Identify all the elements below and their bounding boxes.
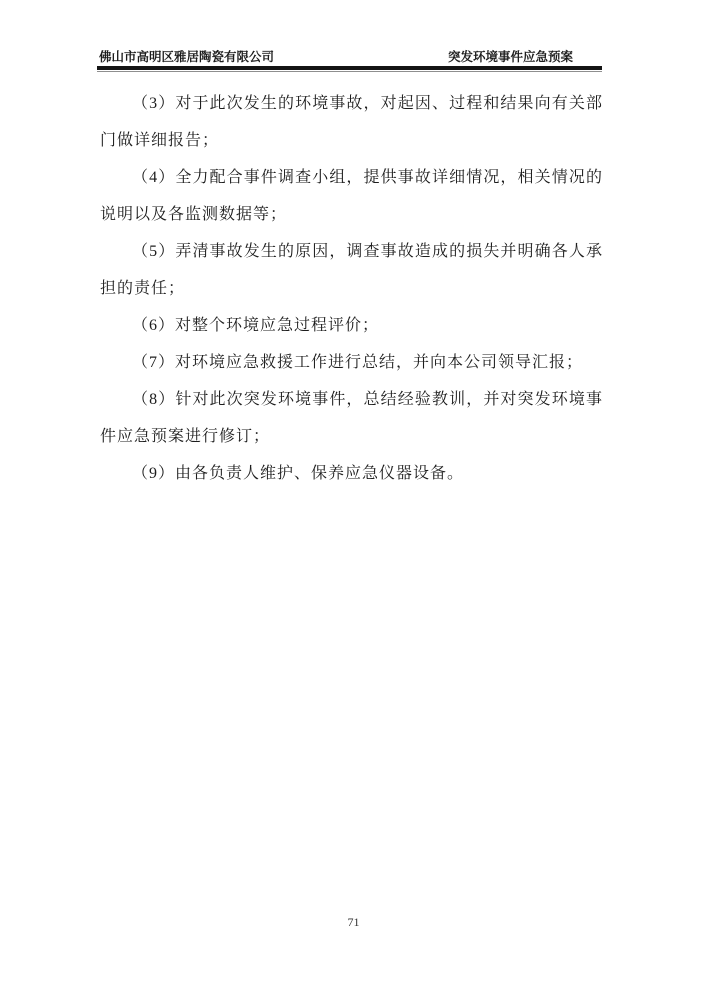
paragraph-item-6: （6）对整个环境应急过程评价； xyxy=(100,307,603,344)
paragraph-item-8: （8）针对此次突发环境事件，总结经验教训，并对突发环境事件应急预案进行修订； xyxy=(100,381,603,455)
document-page: 佛山市高明区雅居陶瓷有限公司 突发环境事件应急预案 （3）对于此次发生的环境事故… xyxy=(0,0,707,1000)
header-company-name: 佛山市高明区雅居陶瓷有限公司 xyxy=(99,47,274,65)
document-body: （3）对于此次发生的环境事故，对起因、过程和结果向有关部门做详细报告； （4）全… xyxy=(100,85,603,492)
header-divider xyxy=(97,66,602,72)
header-divider-thick-line xyxy=(97,66,602,70)
paragraph-item-9: （9）由各负责人维护、保养应急仪器设备。 xyxy=(100,455,603,492)
paragraph-item-3: （3）对于此次发生的环境事故，对起因、过程和结果向有关部门做详细报告； xyxy=(100,85,603,159)
header-divider-thin-line xyxy=(97,71,602,72)
paragraph-item-5: （5）弄清事故发生的原因，调查事故造成的损失并明确各人承担的责任； xyxy=(100,233,603,307)
header-document-title: 突发环境事件应急预案 xyxy=(448,47,602,65)
page-number: 71 xyxy=(348,915,360,929)
paragraph-item-7: （7）对环境应急救援工作进行总结，并向本公司领导汇报； xyxy=(100,344,603,381)
page-footer: 71 xyxy=(0,915,707,930)
page-header: 佛山市高明区雅居陶瓷有限公司 突发环境事件应急预案 xyxy=(99,47,602,65)
paragraph-item-4: （4）全力配合事件调查小组，提供事故详细情况，相关情况的说明以及各监测数据等； xyxy=(100,159,603,233)
